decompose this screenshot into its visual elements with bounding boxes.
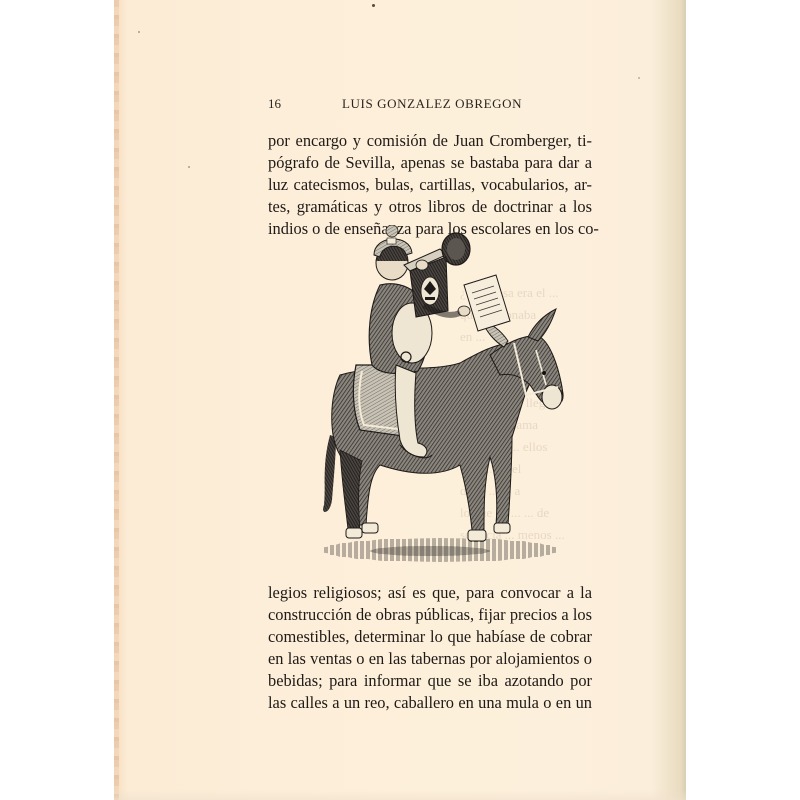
ground-shadow-icon xyxy=(322,538,558,562)
running-head-author: LUIS GONZALEZ OBREGON xyxy=(342,96,522,112)
text-line: por encargo y comisión de Juan Cromberge… xyxy=(268,130,592,152)
paper-speck xyxy=(638,77,640,79)
text-line: pógrafo de Sevilla, apenas se bastaba pa… xyxy=(268,152,592,174)
text-line: bebidas; para informar que se iba azotan… xyxy=(268,670,592,692)
body-text-top: por encargo y comisión de Juan Cromberge… xyxy=(268,130,592,240)
text-line: luz catecismos, bulas, cartillas, vocabu… xyxy=(268,174,592,196)
text-line: en las ventas o en las tabernas por aloj… xyxy=(268,648,592,670)
text-line: legios religiosos; así es que, para conv… xyxy=(268,582,592,604)
paper-speck xyxy=(188,166,190,168)
text-line: las calles a un reo, caballero en una mu… xyxy=(268,692,592,714)
page-number: 16 xyxy=(268,96,281,112)
paper-speck xyxy=(138,31,140,33)
text-line: comestibles, determinar lo que habíase d… xyxy=(268,626,592,648)
text-line: tes, gramáticas y otros libros de doctri… xyxy=(268,196,592,218)
town-crier-engraving xyxy=(300,225,590,565)
running-head: 16 LUIS GONZALEZ OBREGON xyxy=(268,96,590,114)
body-text-bottom: legios religiosos; así es que, para conv… xyxy=(268,582,592,714)
text-line: construcción de obras públicas, fijar pr… xyxy=(268,604,592,626)
paper-speck xyxy=(372,4,375,7)
